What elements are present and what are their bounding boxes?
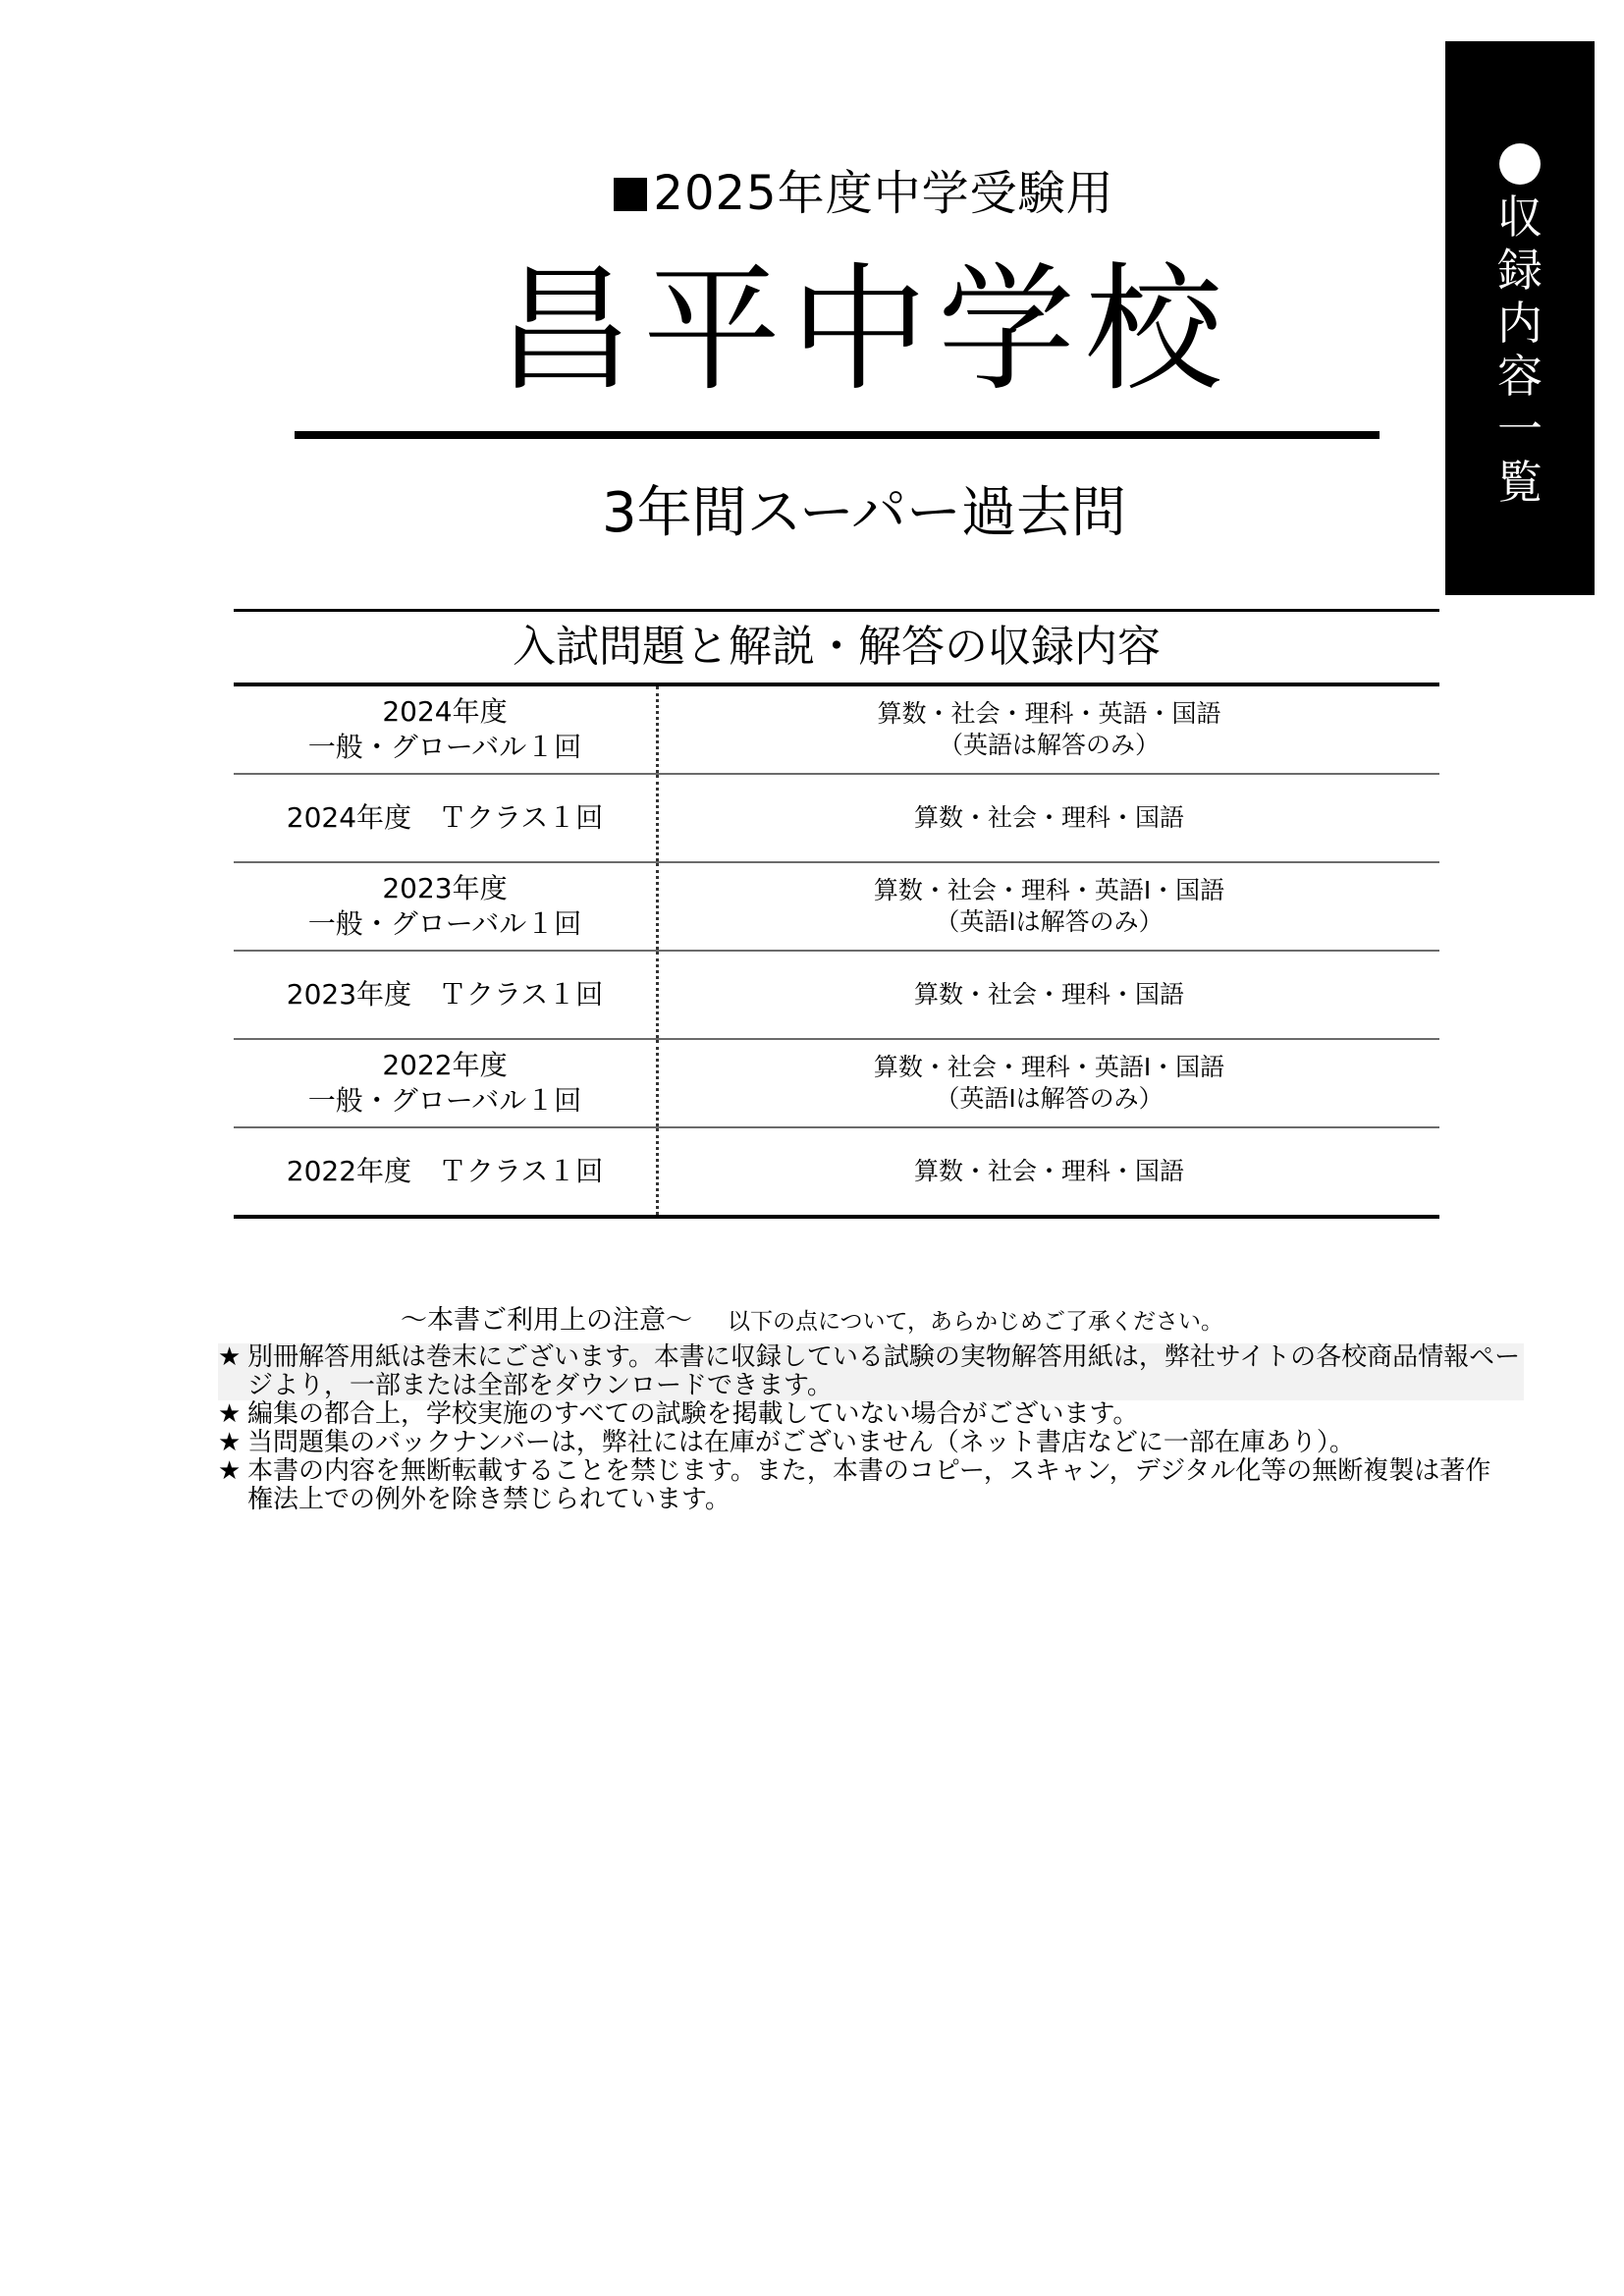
subjects: 算数・社会・理科・英語Ⅰ・国語: [874, 875, 1224, 906]
subjects-note: （英語は解答のみ）: [939, 730, 1160, 761]
subjects: 算数・社会・理科・国語: [914, 802, 1184, 834]
exam-cell: 2024年度 一般・グローバル１回: [234, 686, 659, 773]
exam-type: 一般・グローバル１回: [308, 1083, 582, 1119]
notice-item: ★当問題集のバックナンバーは，弊社には在庫がございません（ネット書店などに一部在…: [218, 1429, 1494, 1457]
subjects: 算数・社会・理科・国語: [914, 979, 1184, 1011]
table-row: 2022年度 一般・グローバル１回 算数・社会・理科・英語Ⅰ・国語 （英語Ⅰは解…: [234, 1040, 1439, 1128]
exam-type: 一般・グローバル１回: [308, 730, 582, 765]
notice-text: 当問題集のバックナンバーは，弊社には在庫がございません（ネット書店などに一部在庫…: [247, 1428, 1355, 1457]
subjects: 算数・社会・理科・英語Ⅰ・国語: [874, 1052, 1224, 1083]
subjects-cell: 算数・社会・理科・国語: [659, 952, 1439, 1038]
subjects-cell: 算数・社会・理科・国語: [659, 1128, 1439, 1215]
subjects-note: （英語Ⅰは解答のみ）: [935, 1083, 1163, 1115]
star-icon: ★: [218, 1457, 247, 1486]
exam-year: 2023年度: [382, 871, 507, 906]
notice-item: ★編集の都合上，学校実施のすべての試験を掲載していない場合がございます。: [218, 1400, 1494, 1429]
table-row: 2023年度 一般・グローバル１回 算数・社会・理科・英語Ⅰ・国語 （英語Ⅰは解…: [234, 863, 1439, 952]
table-heading: 入試問題と解説・解答の収録内容: [234, 612, 1439, 683]
exam-year: 2024年度 Ｔクラス１回: [287, 800, 603, 836]
exam-year: 2022年度 Ｔクラス１回: [287, 1154, 603, 1189]
exam-cell: 2022年度 Ｔクラス１回: [234, 1128, 659, 1215]
kicker-text: 2025年度中学受験用: [653, 166, 1113, 221]
exam-year: 2023年度 Ｔクラス１回: [287, 977, 603, 1012]
exam-year: 2024年度: [382, 694, 507, 730]
notice-text: 編集の都合上，学校実施のすべての試験を掲載していない場合がございます。: [247, 1399, 1138, 1429]
table-row: 2024年度 一般・グローバル１回 算数・社会・理科・英語・国語 （英語は解答の…: [234, 686, 1439, 775]
exam-type: 一般・グローバル１回: [308, 906, 582, 942]
star-icon: ★: [218, 1400, 247, 1429]
exam-cell: 2023年度 一般・グローバル１回: [234, 863, 659, 950]
subjects-cell: 算数・社会・理科・国語: [659, 775, 1439, 861]
notice-text: 別冊解答用紙は巻末にございます。本書に収録している試験の実物解答用紙は，弊社サイ…: [247, 1342, 1520, 1400]
subjects-cell: 算数・社会・理科・英語Ⅰ・国語 （英語Ⅰは解答のみ）: [659, 1040, 1439, 1126]
exam-cell: 2023年度 Ｔクラス１回: [234, 952, 659, 1038]
subjects: 算数・社会・理科・国語: [914, 1156, 1184, 1187]
notice-item: ★別冊解答用紙は巻末にございます。本書に収録している試験の実物解答用紙は，弊社サ…: [218, 1343, 1524, 1400]
exam-cell: 2022年度 一般・グローバル１回: [234, 1040, 659, 1126]
table-row: 2023年度 Ｔクラス１回 算数・社会・理科・国語: [234, 952, 1439, 1040]
contents-table: 入試問題と解説・解答の収録内容 2024年度 一般・グローバル１回 算数・社会・…: [234, 609, 1439, 1219]
notice-item: ★本書の内容を無断転載することを禁じます。また，本書のコピー，スキャン，デジタル…: [218, 1457, 1494, 1514]
notices-title: ～本書ご利用上の注意～: [401, 1305, 692, 1336]
exam-year: 2022年度: [382, 1048, 507, 1083]
exam-year-kicker: 2025年度中学受験用: [0, 155, 1624, 223]
table-row: 2024年度 Ｔクラス１回 算数・社会・理科・国語: [234, 775, 1439, 863]
notices-intro: 以下の点について，あらかじめご了承ください。: [728, 1309, 1223, 1335]
exam-cell: 2024年度 Ｔクラス１回: [234, 775, 659, 861]
school-name: 昌平中学校: [0, 257, 1624, 405]
title-divider: [295, 431, 1380, 439]
star-icon: ★: [218, 1429, 247, 1457]
square-bullet-icon: [614, 178, 647, 211]
notice-text: 本書の内容を無断転載することを禁じます。また，本書のコピー，スキャン，デジタル化…: [247, 1456, 1490, 1514]
subjects-cell: 算数・社会・理科・英語・国語 （英語は解答のみ）: [659, 686, 1439, 773]
notices-heading: ～本書ご利用上の注意～以下の点について，あらかじめご了承ください。: [0, 1298, 1624, 1337]
subjects-note: （英語Ⅰは解答のみ）: [935, 906, 1163, 938]
table-row: 2022年度 Ｔクラス１回 算数・社会・理科・国語: [234, 1128, 1439, 1219]
book-subtitle: 3年間スーパー過去問: [0, 469, 1624, 548]
subjects-cell: 算数・社会・理科・英語Ⅰ・国語 （英語Ⅰは解答のみ）: [659, 863, 1439, 950]
subjects: 算数・社会・理科・英語・国語: [877, 698, 1220, 730]
notices-list: ★別冊解答用紙は巻末にございます。本書に収録している試験の実物解答用紙は，弊社サ…: [218, 1343, 1494, 1514]
star-icon: ★: [218, 1343, 247, 1372]
